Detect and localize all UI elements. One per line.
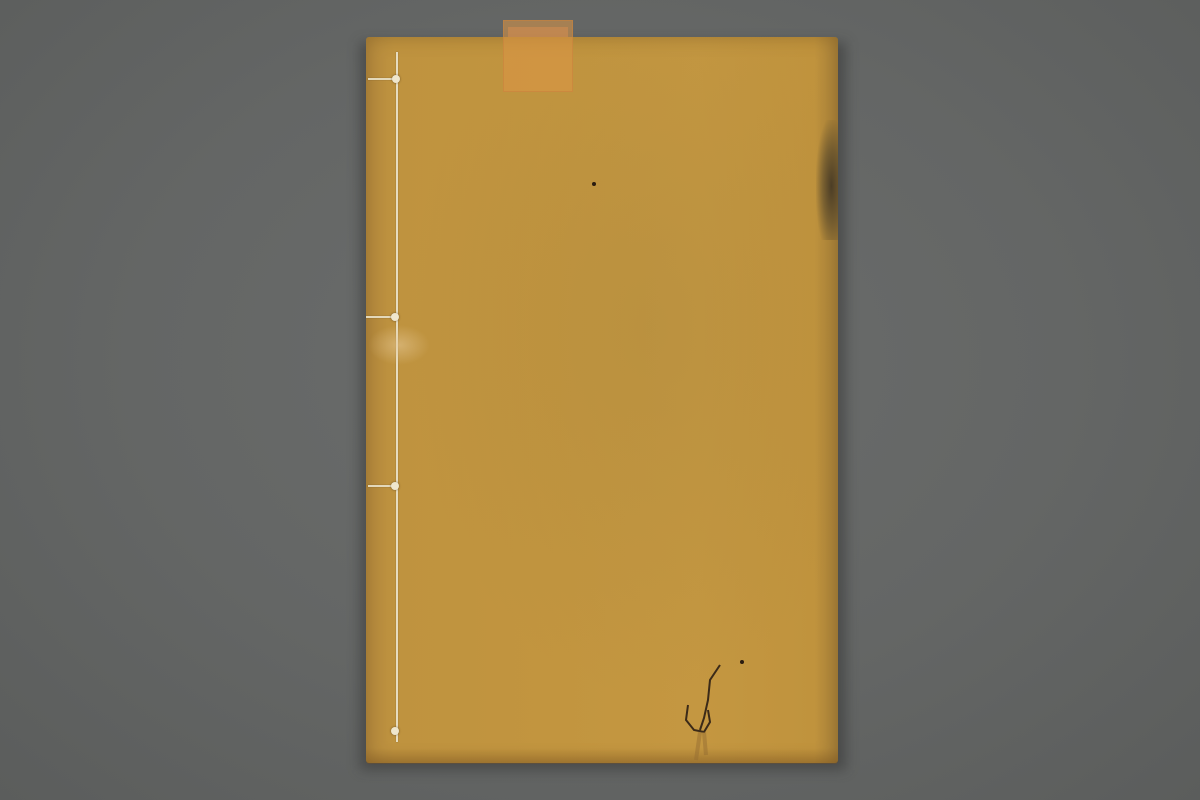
book-cover <box>366 37 838 763</box>
thread-knot-lower-middle <box>391 482 399 490</box>
thread-knot-bottom <box>391 727 399 735</box>
label-band <box>508 27 568 37</box>
pale-stain <box>368 325 430 365</box>
faded-title-label <box>503 20 573 92</box>
wormhole <box>740 660 744 664</box>
edge-damage <box>816 120 838 240</box>
binding-thread-vertical <box>396 52 398 742</box>
book-bottom-edge <box>366 748 838 764</box>
thread-knot-upper-middle <box>391 313 399 321</box>
thread-knot-top <box>392 75 400 83</box>
wormhole <box>592 182 596 186</box>
